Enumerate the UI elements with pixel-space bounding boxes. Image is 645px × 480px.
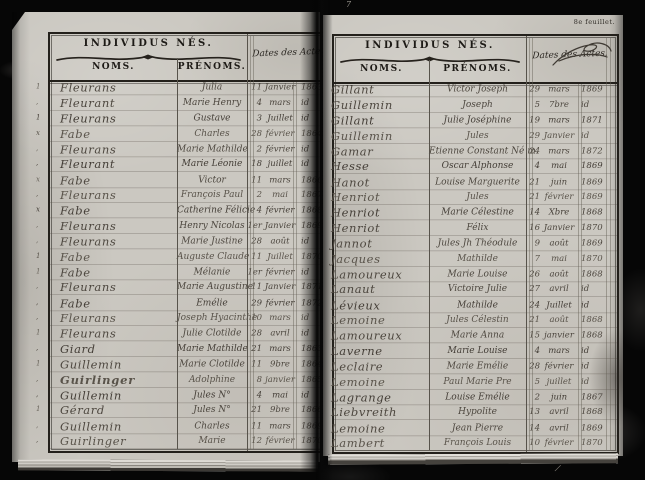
cell-year: 1871 — [578, 114, 617, 127]
cell-nom: Fleurans — [50, 220, 177, 233]
table-row: ,FleuransHenry Nicolas1erJanvier1869 — [50, 218, 320, 233]
cell-day: 24 — [526, 299, 540, 312]
table-row: HenriotFélix16Janvier1870 — [334, 220, 617, 235]
page-title: INDIVIDUS NÉS. — [50, 38, 247, 49]
margin-mark: 1 — [36, 327, 40, 340]
cell-year: 1866 — [298, 174, 320, 187]
cell-nom: Guillemin — [50, 420, 177, 433]
cell-year: id — [298, 389, 320, 402]
cell-day: 1er — [247, 266, 262, 279]
table-row: ,FleuransJoseph Hyacinthe10marsid — [50, 311, 320, 326]
cell-prenom: François Paul — [177, 189, 247, 202]
cell-month: janvier — [540, 330, 578, 343]
cell-day: 7 — [526, 253, 540, 266]
cell-nom: Fabe — [50, 266, 177, 279]
margin-mark: 1 — [36, 111, 40, 124]
cell-prenom: Jules Jh Théodule — [429, 237, 526, 250]
cell-prenom: Mathilde — [429, 299, 526, 312]
cell-day: 24 — [526, 145, 540, 158]
cell-prenom: Charles — [177, 128, 247, 141]
cell-day: 21 — [247, 343, 262, 356]
cell-year: 1870 — [298, 251, 320, 264]
cell-day: 26 — [526, 268, 540, 281]
cell-year: id — [298, 328, 320, 341]
cell-nom: Guirlinger — [50, 374, 177, 387]
page-right: 8e feuillet. INDIVIDUS NÉS. NOMS. PRÉNOM… — [323, 15, 623, 456]
cell-year: 1869 — [578, 176, 617, 189]
cell-month: mai — [262, 189, 298, 202]
margin-mark: x — [36, 173, 40, 186]
cell-month: mars — [262, 174, 298, 187]
column-header-noms: NOMS. — [50, 62, 177, 72]
cell-year: 1865 — [298, 374, 320, 387]
cell-prenom: Jules — [429, 130, 526, 143]
cell-prenom: Paul Marie Pre — [429, 376, 526, 389]
cell-month: Juillet — [262, 251, 298, 264]
cell-prenom: Marie Louise — [429, 268, 526, 281]
cell-year: id — [298, 158, 320, 171]
cell-prenom: Emélie — [177, 297, 247, 310]
margin-mark: 1 — [36, 403, 40, 416]
cell-year: id — [578, 376, 617, 389]
cell-year: 1869 — [578, 422, 617, 435]
margin-mark: 1 — [36, 357, 40, 370]
table-row: xFabeCatherine Félicie4février1868 — [50, 203, 320, 218]
cell-month: avril — [262, 328, 298, 341]
cell-year: id — [298, 112, 320, 125]
cell-day: 1er — [247, 220, 262, 233]
cell-nom: Henriot — [331, 207, 429, 220]
page-edge-stack-left — [18, 459, 318, 471]
cell-day: 2 — [247, 189, 262, 202]
table-row: ,FleurantMarie Henry4marsid — [50, 95, 320, 110]
cell-day: 13 — [526, 406, 540, 419]
cell-day: 18 — [247, 158, 262, 171]
table-row: LemoinePaul Marie Pre5juilletid — [334, 374, 617, 389]
cell-nom: Lévieux — [331, 299, 429, 312]
cell-nom: Fleurant — [50, 158, 177, 171]
cell-day: 8 — [247, 374, 262, 387]
table-row: JacquesMathilde7mai1870 — [334, 251, 617, 266]
cell-prenom: Marie Léonie — [177, 158, 247, 171]
table-row: ,GuilleminCharles11mars1869 — [50, 419, 320, 434]
cell-day: 21 — [526, 191, 540, 204]
cell-month: Juillet — [540, 299, 578, 312]
cell-month: Xbre — [540, 207, 578, 220]
margin-mark: , — [36, 96, 38, 109]
cell-prenom: Jules — [429, 191, 526, 204]
cell-nom: Guirlinger — [50, 435, 177, 448]
cell-prenom: Jean Pierre — [429, 422, 526, 435]
cell-nom: Lemoine — [331, 422, 429, 435]
cell-month: 9bre — [262, 404, 298, 417]
cell-prenom: Mathilde — [429, 253, 526, 266]
cell-month: février — [262, 128, 298, 141]
table-row: LemoineJules Célestin21août1868 — [334, 313, 617, 328]
column-header-prenoms: PRÉNOMS. — [177, 62, 247, 72]
cell-year: 1868 — [578, 330, 617, 343]
table-row: ,FleuransMarie Mathilde2févrierid — [50, 142, 320, 157]
cell-day: 28 — [247, 235, 262, 248]
cell-prenom: Catherine Félicie — [177, 205, 247, 218]
cell-nom: Fleurans — [50, 189, 177, 202]
cell-day: 11 — [247, 420, 262, 433]
table-row: ,GuirlingerMarie12février1870 — [50, 434, 320, 449]
cell-prenom: Oscar Alphonse — [429, 160, 526, 173]
cell-month: juillet — [262, 158, 298, 171]
table-row: ,GiardMarie Mathilde21mars1863 — [50, 341, 320, 356]
cell-prenom: Marie Mathilde — [177, 143, 247, 156]
table-row: GamarEtienne Constant Né m.24mars1872 — [334, 144, 617, 159]
table-row: GillantJulie Joséphine19mars1871 — [334, 113, 617, 128]
cell-month: mai — [540, 160, 578, 173]
table-row: ,FleuransFrançois Paul2mai1867 — [50, 188, 320, 203]
cell-month: mars — [262, 97, 298, 110]
cell-year: 1869 — [578, 160, 617, 173]
cell-nom: Fleurans — [50, 143, 177, 156]
cell-prenom: Charles — [177, 420, 247, 433]
table-row: LambertFrançois Louis10février1870 — [334, 436, 617, 451]
cell-month: Janvier — [540, 222, 578, 235]
table-row: LamoureuxMarie Anna15janvier1868 — [334, 328, 617, 343]
cell-month: 7bre — [540, 99, 578, 112]
cell-month: mars — [262, 420, 298, 433]
cell-month: mai — [540, 253, 578, 266]
table-row: 1FabeAuguste Claude11Juillet1870 — [50, 249, 320, 264]
cell-year: 1868 — [578, 207, 617, 220]
cell-year: id — [298, 97, 320, 110]
cell-nom: Fabe — [50, 297, 177, 310]
cell-month: mars — [540, 145, 578, 158]
cell-month: août — [540, 237, 578, 250]
cell-nom: Fabe — [50, 205, 177, 218]
margin-mark: , — [36, 419, 38, 432]
cell-month: février — [262, 266, 298, 279]
cell-day: 11 — [247, 281, 262, 294]
cell-month: février — [540, 191, 578, 204]
cell-month: août — [262, 235, 298, 248]
margin-mark: 1 — [36, 250, 40, 263]
cell-day: 10 — [526, 437, 540, 450]
table-row: xFabeVictor11mars1866 — [50, 173, 320, 188]
cell-month: février — [540, 360, 578, 373]
cell-day: 11 — [247, 174, 262, 187]
margin-mark: 1 — [36, 81, 40, 94]
margin-mark: , — [36, 142, 38, 155]
cell-nom: Hesse — [331, 160, 429, 173]
margin-mark: , — [36, 373, 38, 386]
cell-year: id — [298, 143, 320, 156]
cell-day: 4 — [247, 97, 262, 110]
cell-year: 1864 — [298, 128, 320, 141]
table-row: xFabeCharles28février1864 — [50, 126, 320, 141]
table-row: HanotLouise Marguerite21juin1869 — [334, 175, 617, 190]
page-edge-stack-right — [328, 453, 618, 465]
cell-prenom: Henry Nicolas — [177, 220, 247, 233]
cell-nom: Gillant — [331, 114, 429, 127]
cell-year: id — [578, 99, 617, 112]
cell-prenom: Marie Anna — [429, 330, 526, 343]
cell-nom: Gamar — [331, 145, 429, 158]
cell-nom: Fabe — [50, 128, 177, 141]
cell-nom: Lanaut — [331, 283, 429, 296]
cell-prenom: Auguste Claude — [177, 251, 247, 264]
paraph-flourish-icon — [549, 39, 615, 69]
cell-year: 1868 — [578, 314, 617, 327]
cell-prenom: Louise Emélie — [429, 391, 526, 404]
cell-nom: Guillemin — [331, 99, 429, 112]
cell-prenom: Marie Mathilde — [177, 343, 247, 356]
cell-day: 4 — [526, 345, 540, 358]
cell-day: 5 — [526, 99, 540, 112]
cell-prenom: Marie Louise — [429, 345, 526, 358]
cell-month: Janvier — [262, 281, 298, 294]
cell-month: février — [262, 435, 298, 448]
cell-day: 28 — [526, 360, 540, 373]
cell-nom: Hanot — [331, 176, 429, 189]
margin-mark: x — [36, 127, 40, 140]
cell-prenom: Félix — [429, 222, 526, 235]
cell-day: 29 — [247, 297, 262, 310]
cell-nom: Guillemin — [331, 130, 429, 143]
cell-month: avril — [540, 283, 578, 296]
cell-prenom: Jules N° — [177, 404, 247, 417]
cell-day: 5 — [526, 376, 540, 389]
cell-prenom: Victor — [177, 174, 247, 187]
cell-prenom: Victoire Julie — [429, 283, 526, 296]
folio-number: 8e feuillet. — [574, 18, 615, 26]
cell-month: juin — [540, 391, 578, 404]
cell-nom: Fabe — [50, 251, 177, 264]
cell-month: Janvier — [540, 130, 578, 143]
cell-prenom: Marie Henry — [177, 97, 247, 110]
table-row: JannotJules Jh Théodule9août1869 — [334, 236, 617, 251]
cell-nom: Fleurans — [50, 281, 177, 294]
cell-year: 1870 — [578, 222, 617, 235]
page-left: INDIVIDUS NÉS. NOMS. PRÉNOMS. Dates des … — [12, 12, 320, 462]
cell-day: 29 — [526, 130, 540, 143]
cell-prenom: Marie — [177, 435, 247, 448]
cell-nom: Fleurans — [50, 312, 177, 325]
cell-year: 1869 — [578, 191, 617, 204]
table-row: HenriotMarie Célestine14Xbre1868 — [334, 205, 617, 220]
cell-year: 1872 — [578, 145, 617, 158]
cell-month: février — [262, 143, 298, 156]
cell-prenom: Mélanie — [177, 266, 247, 279]
cell-nom: Lagrange — [331, 391, 429, 404]
cell-nom: Leclaire — [331, 360, 429, 373]
cell-year: 1864 — [298, 358, 320, 371]
cell-month: février — [540, 437, 578, 450]
margin-mark: , — [36, 311, 38, 324]
cell-prenom: Adolphine — [177, 374, 247, 387]
cell-nom: Lemoine — [331, 376, 429, 389]
margin-mark: 1 — [36, 265, 40, 278]
cell-day: 21 — [526, 314, 540, 327]
cell-nom: Fleurans — [50, 112, 177, 125]
cell-year: 1872 — [298, 297, 320, 310]
register-rows-left: 1FleuransJulia11Janvier1863,FleurantMari… — [50, 80, 320, 451]
column-header-noms: NOMS. — [334, 64, 429, 74]
cell-day: 21 — [526, 176, 540, 189]
cell-month: août — [540, 268, 578, 281]
cell-nom: Fabe — [50, 174, 177, 187]
margin-mark: , — [36, 188, 38, 201]
cell-prenom: Marie Clotilde — [177, 358, 247, 371]
cell-nom: Giard — [50, 343, 177, 356]
margin-mark: , — [36, 388, 38, 401]
table-row: GuilleminJoseph57breid — [334, 97, 617, 112]
column-header-dates: Dates des Actes. — [247, 46, 320, 59]
cell-month: mai — [262, 389, 298, 402]
cell-month: avril — [540, 422, 578, 435]
table-header-left: INDIVIDUS NÉS. NOMS. PRÉNOMS. Dates des … — [50, 34, 320, 82]
register-table-left: INDIVIDUS NÉS. NOMS. PRÉNOMS. Dates des … — [48, 32, 320, 453]
cell-year: 1870 — [298, 435, 320, 448]
table-row: HesseOscar Alphonse4mai1869 — [334, 159, 617, 174]
table-row: ,FleurantMarie Léonie18juilletid — [50, 157, 320, 172]
cell-month: mars — [262, 343, 298, 356]
cell-month: août — [540, 314, 578, 327]
cell-year: id — [578, 130, 617, 143]
table-row: 1FleuransJulie Clotilde28avrilid — [50, 326, 320, 341]
table-row: 1GérardJules N°219bre1866 — [50, 403, 320, 418]
cell-year: 1869 — [298, 420, 320, 433]
cell-year: 1868 — [578, 268, 617, 281]
table-row: 1FleuransGustave3Juilletid — [50, 111, 320, 126]
cell-prenom: Julie Joséphine — [429, 114, 526, 127]
cell-prenom: Etienne Constant Né m. — [429, 145, 526, 158]
cell-month: avril — [540, 406, 578, 419]
cell-day: 2 — [247, 143, 262, 156]
table-row: HenriotJules21février1869 — [334, 190, 617, 205]
cell-nom: Liebvreith — [331, 406, 429, 419]
cell-nom: Henriot — [331, 191, 429, 204]
cell-nom: Lamoureux — [331, 268, 429, 281]
cell-nom: Lambert — [331, 437, 429, 450]
cell-month: Juillet — [262, 112, 298, 125]
cell-month: juillet — [540, 376, 578, 389]
cell-year: id — [578, 283, 617, 296]
cell-month: juin — [540, 176, 578, 189]
cell-month: février — [262, 205, 298, 218]
cell-prenom: Gustave — [177, 112, 247, 125]
table-row: LamoureuxMarie Louise26août1868 — [334, 267, 617, 282]
cell-year: id — [298, 266, 320, 279]
cell-year: id — [298, 312, 320, 325]
cell-prenom: François Louis — [429, 437, 526, 450]
cell-year: id — [578, 360, 617, 373]
cell-day: 19 — [526, 114, 540, 127]
cell-day: 14 — [526, 422, 540, 435]
table-row: ,FabeEmélie29février1872 — [50, 296, 320, 311]
cell-nom: Henriot — [331, 222, 429, 235]
margin-mark: , — [36, 342, 38, 355]
cell-year: 1871 — [298, 281, 320, 294]
cell-day: 14 — [526, 207, 540, 220]
table-row: LaverneMarie Louise4marsid — [334, 343, 617, 358]
cell-month: janvier — [262, 374, 298, 387]
cell-day: 9 — [526, 237, 540, 250]
register-rows-right: GillantVictor Joseph29mars1869GuilleminJ… — [334, 82, 617, 452]
cell-prenom: Joseph Hyacinthe — [177, 312, 247, 325]
cell-year: 1868 — [298, 205, 320, 218]
table-row: ,GuilleminJules N°4maiid — [50, 388, 320, 403]
page-title: INDIVIDUS NÉS. — [334, 40, 526, 51]
cell-prenom: Joseph — [429, 99, 526, 112]
cell-nom: Fleurans — [50, 328, 177, 341]
table-row: 1FabeMélanie1erfévrierid — [50, 265, 320, 280]
margin-mark: , — [36, 280, 38, 293]
table-row: LanautVictoire Julie27avrilid — [334, 282, 617, 297]
cell-day: 21 — [247, 404, 262, 417]
cell-nom: Fleurant — [50, 97, 177, 110]
cell-month: mars — [262, 312, 298, 325]
cell-prenom: Marie Célestine — [429, 207, 526, 220]
table-row: LagrangeLouise Emélie2juin1867 — [334, 390, 617, 405]
cell-month: mars — [540, 114, 578, 127]
cell-month: février — [262, 297, 298, 310]
cell-day: 16 — [526, 222, 540, 235]
scan-artifact: / — [555, 464, 561, 474]
cell-year: 1870 — [578, 253, 617, 266]
margin-mark: , — [36, 157, 38, 170]
scan-artifact: 7 — [346, 0, 351, 9]
table-row: ,GuirlingerAdolphine8janvier1865 — [50, 372, 320, 387]
cell-day: 15 — [526, 330, 540, 343]
table-row: 1GuilleminMarie Clotilde119bre1864 — [50, 357, 320, 372]
column-header-prenoms: PRÉNOMS. — [429, 64, 526, 74]
cell-month: mars — [540, 345, 578, 358]
cell-year: 1867 — [578, 391, 617, 404]
cell-year: 1869 — [298, 220, 320, 233]
table-row: LévieuxMathilde24Juilletid — [334, 298, 617, 313]
table-row: LemoineJean Pierre14avril1869 — [334, 421, 617, 436]
cell-day: 10 — [247, 312, 262, 325]
cell-year: id — [578, 345, 617, 358]
cell-day: 11 — [247, 358, 262, 371]
cell-prenom: Marie Emélie — [429, 360, 526, 373]
margin-mark: , — [36, 434, 38, 447]
cell-day: 3 — [247, 112, 262, 125]
register-table-right: INDIVIDUS NÉS. NOMS. PRÉNOMS. Dates des … — [332, 34, 619, 454]
cell-nom: Fleurans — [50, 235, 177, 248]
cell-prenom: Marie Augustine — [177, 281, 247, 294]
cell-prenom: Jules Célestin — [429, 314, 526, 327]
cell-day: 4 — [247, 389, 262, 402]
cell-year: 1870 — [578, 437, 617, 450]
cell-year: 1868 — [578, 406, 617, 419]
cell-day: 28 — [247, 128, 262, 141]
cell-prenom: Julie Clotilde — [177, 328, 247, 341]
cell-day: 27 — [526, 283, 540, 296]
cell-nom: Jacques — [331, 253, 429, 266]
cell-year: 1867 — [298, 189, 320, 202]
cell-nom: Gérard — [50, 404, 177, 417]
cell-day: 11 — [247, 251, 262, 264]
cell-prenom: Marie Justine — [177, 235, 247, 248]
cell-nom: Jannot — [331, 237, 429, 250]
cell-nom: Laverne — [331, 345, 429, 358]
cell-year: 1863 — [298, 343, 320, 356]
margin-mark: , — [36, 234, 38, 247]
cell-month: 9bre — [262, 358, 298, 371]
cell-day: 28 — [247, 328, 262, 341]
cell-prenom: Louise Marguerite — [429, 176, 526, 189]
cell-day: 2 — [526, 391, 540, 404]
cell-month: Janvier — [262, 220, 298, 233]
table-row: GuilleminJules29Janvierid — [334, 128, 617, 143]
